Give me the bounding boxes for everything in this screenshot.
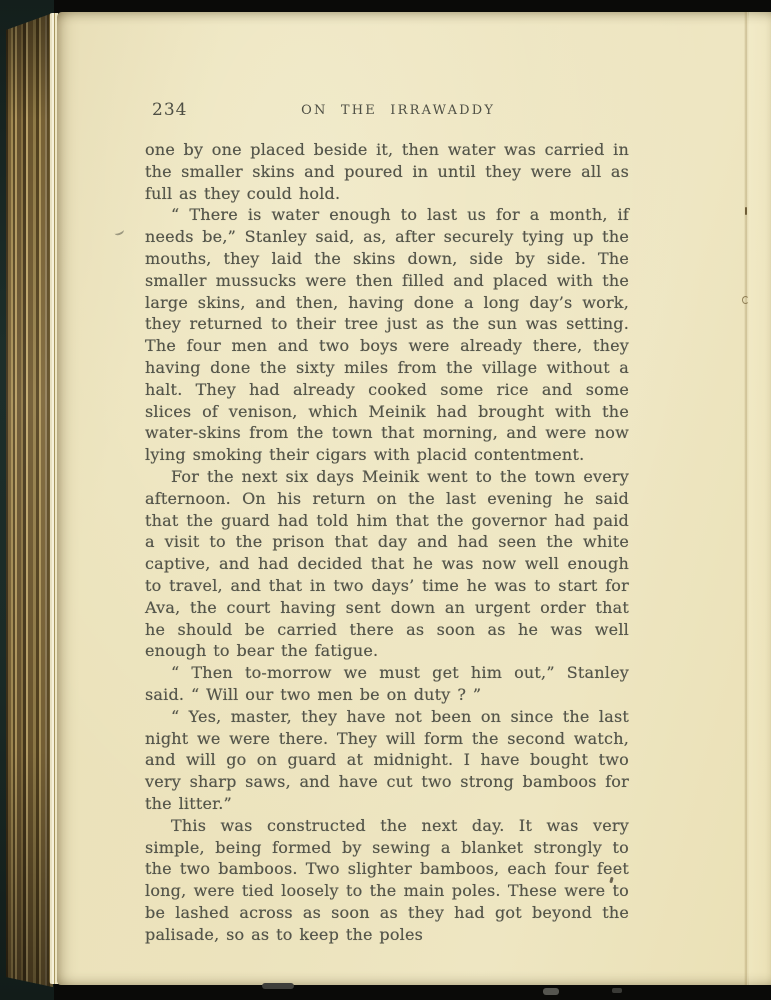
paragraph: “ Then to-morrow we must get him out,” S… xyxy=(145,662,629,706)
page-number: 234 xyxy=(152,100,187,120)
paragraph: one by one placed beside it, then water … xyxy=(145,139,629,204)
page-edge-stack xyxy=(6,0,53,1000)
running-header: 234 ON THE IRRAWADDY xyxy=(145,100,628,124)
paragraph: For the next six days Meinik went to the… xyxy=(145,466,629,662)
book-page: 234 ON THE IRRAWADDY one by one placed b… xyxy=(57,12,771,985)
paragraph: “ Yes, master, they have not been on sin… xyxy=(145,706,629,815)
crease-speck xyxy=(742,296,749,304)
page-crease xyxy=(744,12,748,985)
paragraph: “ There is water enough to last us for a… xyxy=(145,204,629,466)
shadow-blob xyxy=(612,988,622,993)
book-scan: 234 ON THE IRRAWADDY one by one placed b… xyxy=(0,0,771,1000)
running-title: ON THE IRRAWADDY xyxy=(301,103,495,118)
shadow-blob xyxy=(262,983,294,989)
paragraph: This was constructed the next day. It wa… xyxy=(145,815,629,946)
body-text: one by one placed beside it, then water … xyxy=(145,139,629,945)
crease-speck xyxy=(745,207,747,215)
shadow-blob xyxy=(543,988,559,995)
page-margin-fold xyxy=(749,12,771,985)
